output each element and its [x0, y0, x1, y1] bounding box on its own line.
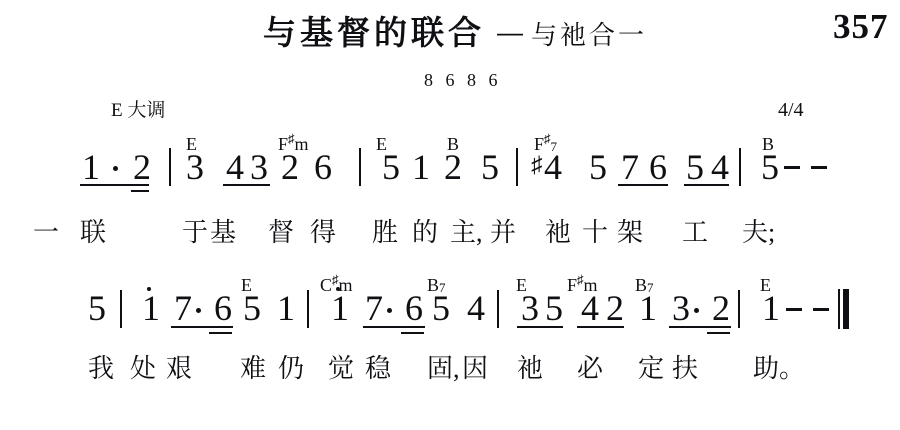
lyric-char: 艰	[166, 356, 192, 382]
note: 5	[545, 290, 563, 326]
lyric-char: 因	[462, 356, 488, 382]
note: 5	[382, 149, 400, 185]
held-note-dash	[811, 166, 827, 169]
lyric-char: 稳	[365, 356, 391, 382]
held-note-dash	[813, 308, 829, 311]
note: 5	[589, 149, 607, 185]
beam-line	[171, 326, 233, 328]
beam-line-second	[707, 332, 730, 334]
octave-dot	[336, 287, 340, 291]
note: 7	[621, 149, 639, 185]
beam-line	[80, 184, 149, 186]
lyric-char: 的	[412, 220, 438, 246]
lyric-char: 定	[638, 356, 664, 382]
lyric-char: 架	[617, 220, 643, 246]
hymn-sheet: { "header": { "hymn_number": "357", "tit…	[0, 0, 900, 430]
lyric-char: 觉	[328, 356, 354, 382]
note: 4	[226, 149, 244, 185]
lyric-char: 助。	[753, 356, 805, 382]
note: 2	[606, 290, 624, 326]
note: 6	[649, 149, 667, 185]
note: 2	[281, 149, 299, 185]
beam-line-second	[401, 332, 424, 334]
hymn-title: 与基督的联合	[263, 15, 485, 51]
note: 7	[174, 290, 192, 326]
verse-number: 一	[33, 220, 59, 246]
lyric-char: 我	[88, 356, 114, 382]
lyric-char: 固,	[427, 356, 460, 382]
note: 6	[214, 290, 232, 326]
duration-dot	[387, 308, 392, 313]
barline	[307, 290, 309, 328]
note: 1	[331, 290, 349, 326]
time-signature: 4/4	[778, 100, 804, 120]
key-signature: E 大调	[111, 101, 165, 120]
barline	[739, 148, 741, 186]
note: 6	[314, 149, 332, 185]
hymn-number: 357	[833, 9, 889, 44]
meter: 8 6 8 6	[424, 71, 502, 89]
note: 2	[133, 149, 151, 185]
note: 5	[481, 149, 499, 185]
beam-line	[684, 184, 729, 186]
lyric-char: 得	[310, 220, 336, 246]
barline	[738, 290, 740, 328]
note: 5	[761, 149, 779, 185]
beam-line	[363, 326, 425, 328]
note: 1	[412, 149, 430, 185]
note: 5	[686, 149, 704, 185]
lyric-char: 基	[210, 220, 236, 246]
note: 3	[672, 290, 690, 326]
beam-line	[669, 326, 731, 328]
lyric-char: 扶	[672, 356, 698, 382]
note: 7	[365, 290, 383, 326]
lyric-char: 必	[577, 356, 603, 382]
beam-line	[223, 184, 270, 186]
beam-line	[577, 326, 624, 328]
barline	[169, 148, 171, 186]
lyric-char: 仍	[278, 356, 304, 382]
beam-line-second	[209, 332, 232, 334]
lyric-char: 主,	[450, 220, 483, 246]
held-note-dash	[784, 166, 800, 169]
note: 1	[277, 290, 295, 326]
hymn-subtitle: 与祂合一	[531, 21, 647, 50]
note: 3	[521, 290, 539, 326]
duration-dot	[694, 308, 699, 313]
note: 4	[544, 149, 562, 185]
note: 3	[186, 149, 204, 185]
note: 4	[467, 290, 485, 326]
barline	[120, 290, 122, 328]
lyric-char: 胜	[372, 220, 398, 246]
note: 5	[243, 290, 261, 326]
barline	[359, 148, 361, 186]
title-separator: —	[497, 19, 523, 45]
lyric-char: 并	[490, 220, 516, 246]
lyric-char: 联	[80, 220, 106, 246]
lyric-char: 处	[130, 356, 156, 382]
note: 3	[250, 149, 268, 185]
note: 1	[82, 149, 100, 185]
barline	[516, 148, 518, 186]
lyric-char: 十	[582, 220, 608, 246]
note: 4	[581, 290, 599, 326]
lyric-char: 难	[240, 356, 266, 382]
note: 1	[639, 290, 657, 326]
lyric-char: 祂	[517, 356, 543, 382]
note: 1	[762, 290, 780, 326]
note: 2	[444, 149, 462, 185]
note: 2	[712, 290, 730, 326]
lyric-char: 工	[682, 220, 708, 246]
duration-dot	[196, 308, 201, 313]
barline	[497, 290, 499, 328]
lyric-char: 夫;	[742, 220, 775, 246]
sharp-accidental: ♯	[531, 153, 543, 176]
note: 4	[711, 149, 729, 185]
octave-dot	[147, 287, 151, 291]
note: 5	[88, 290, 106, 326]
lyric-char: 于	[182, 220, 208, 246]
final-barline	[843, 289, 849, 329]
note: 6	[405, 290, 423, 326]
held-note-dash	[786, 308, 802, 311]
beam-line-second	[131, 190, 149, 192]
beam-line	[618, 184, 668, 186]
final-barline	[838, 289, 840, 329]
beam-line	[517, 326, 563, 328]
note: 1	[142, 290, 160, 326]
note: 5	[432, 290, 450, 326]
lyric-char: 督	[268, 220, 294, 246]
lyric-char: 祂	[545, 220, 571, 246]
duration-dot	[113, 166, 118, 171]
